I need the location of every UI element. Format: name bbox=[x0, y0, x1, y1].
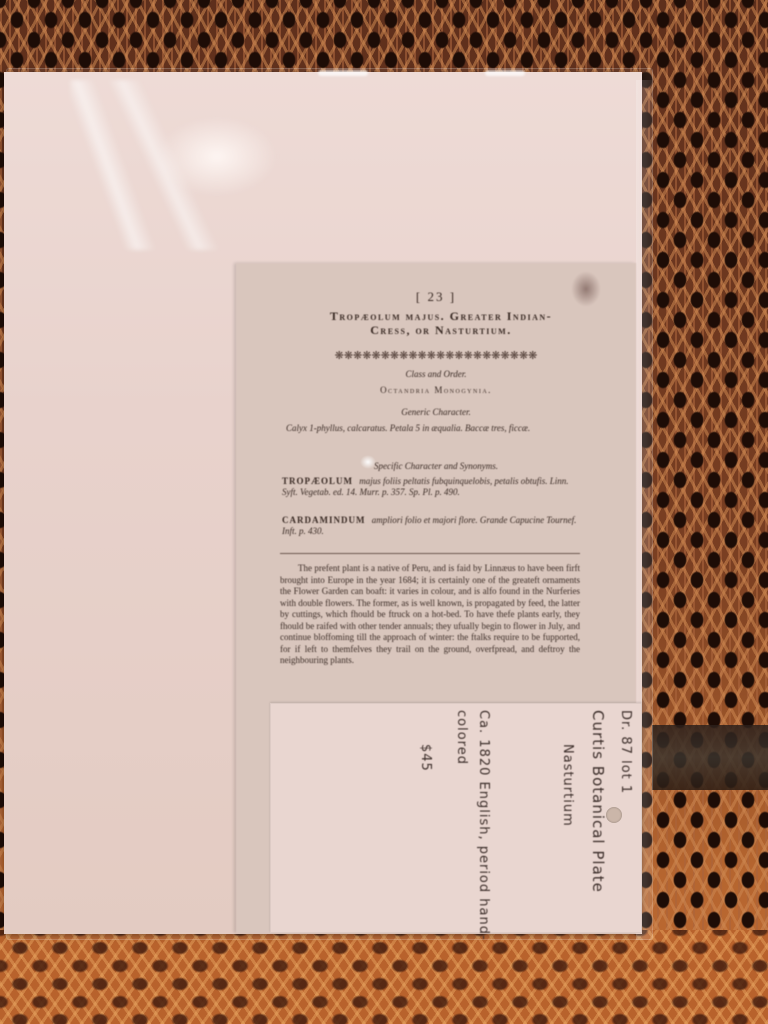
note-line: colored bbox=[454, 710, 469, 765]
handwritten-price-card: Dr. 87 lot 1 Curtis Botanical Plate Nast… bbox=[270, 703, 642, 933]
ornament-rule: ❋❋❋❋❋❋❋❋❋❋❋❋❋❋❋❋❋❋❋❋❋❋ bbox=[236, 349, 636, 362]
note-line: Dr. 87 lot 1 bbox=[618, 710, 633, 794]
class-order-label: Class and Order. bbox=[236, 369, 636, 379]
synonym-genus: TROPÆOLUM bbox=[282, 476, 353, 486]
generic-character-text: Calyx 1-phyllus, calcaratus. Petala 5 in… bbox=[286, 423, 606, 434]
specific-character-label: Specific Character and Synonyms. bbox=[236, 461, 636, 471]
description-paragraph: The prefent plant is a native of Peru, a… bbox=[280, 563, 580, 667]
synonym-entry: TROPÆOLUM majus foliis peltatis fubquinq… bbox=[282, 476, 586, 498]
page-number: [ 23 ] bbox=[236, 289, 636, 305]
class-order-value: Octandria Monogynia. bbox=[236, 385, 636, 395]
punched-hole bbox=[606, 807, 622, 823]
sleeve-glare-top bbox=[318, 70, 368, 76]
plate-title: Tropæolum majus. Greater Indian- Cress, … bbox=[256, 309, 626, 337]
synonym-entry: CARDAMINDUM ampliori folio et majori flo… bbox=[282, 515, 586, 537]
title-line: Tropæolum majus. Greater Indian- bbox=[256, 309, 626, 323]
divider-rule bbox=[280, 553, 580, 554]
chair-rail-reflection bbox=[652, 725, 768, 790]
note-line: Ca. 1820 English, period hand- bbox=[476, 710, 491, 941]
synonym-genus: CARDAMINDUM bbox=[282, 515, 366, 525]
light-glare bbox=[360, 455, 376, 469]
title-line: Cress, or Nasturtium. bbox=[256, 323, 626, 337]
note-line: Curtis Botanical Plate bbox=[589, 710, 607, 893]
sleeve-glare-top bbox=[485, 70, 525, 76]
generic-character-label: Generic Character. bbox=[236, 407, 636, 417]
handwritten-note: Dr. 87 lot 1 Curtis Botanical Plate Nast… bbox=[271, 704, 641, 932]
price-label: $45 bbox=[418, 744, 433, 772]
cane-chair-seat-front bbox=[0, 930, 768, 1024]
note-line: Nasturtium bbox=[560, 744, 575, 827]
